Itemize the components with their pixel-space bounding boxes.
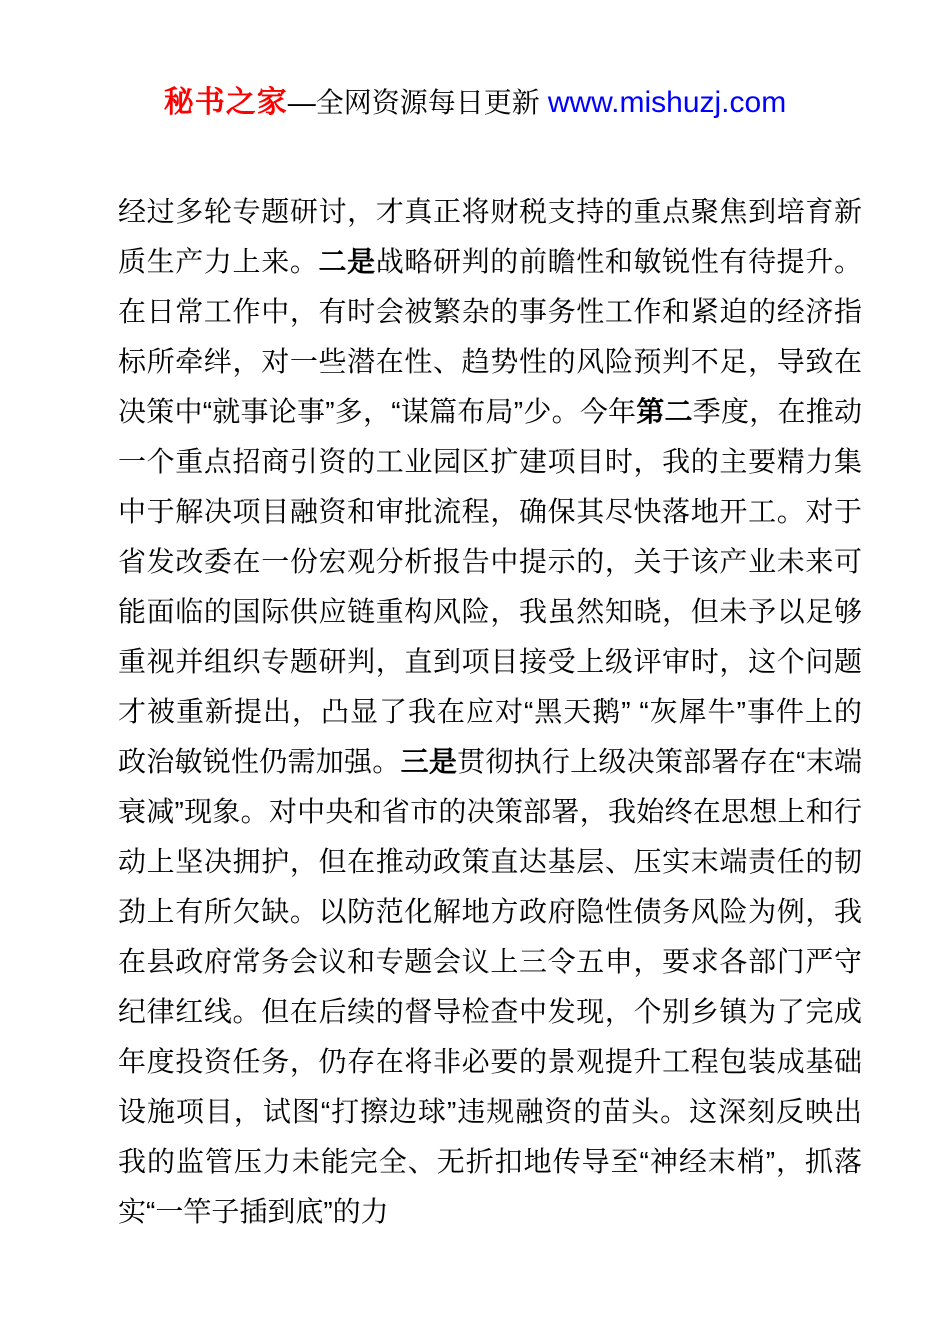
site-header: 秘书之家—全网资源每日更新www.mishuzj.com xyxy=(0,0,950,127)
text-segment: 季度，在推动一个重点招商引资的工业园区扩建项目时，我的主要精力集中于解决项目融资… xyxy=(118,396,862,777)
document-page: 秘书之家—全网资源每日更新www.mishuzj.com 经过多轮专题研讨，才真… xyxy=(0,0,950,1344)
emphasis-text-segment: 三是 xyxy=(401,746,458,777)
emphasis-text-segment: 第二 xyxy=(636,396,692,427)
site-brand: 秘书之家 xyxy=(164,86,288,119)
emphasis-text-segment: 二是 xyxy=(318,246,375,277)
text-segment: 贯彻执行上级决策部署存在“末端衰减”现象。对中央和省市的决策部署，我始终在思想上… xyxy=(118,746,862,1227)
document-paragraph: 经过多轮专题研讨，才真正将财税支持的重点聚焦到培育新质生产力上来。二是战略研判的… xyxy=(118,187,862,1237)
site-url-link[interactable]: www.mishuzj.com xyxy=(548,86,786,119)
site-tagline: —全网资源每日更新 xyxy=(288,87,540,118)
